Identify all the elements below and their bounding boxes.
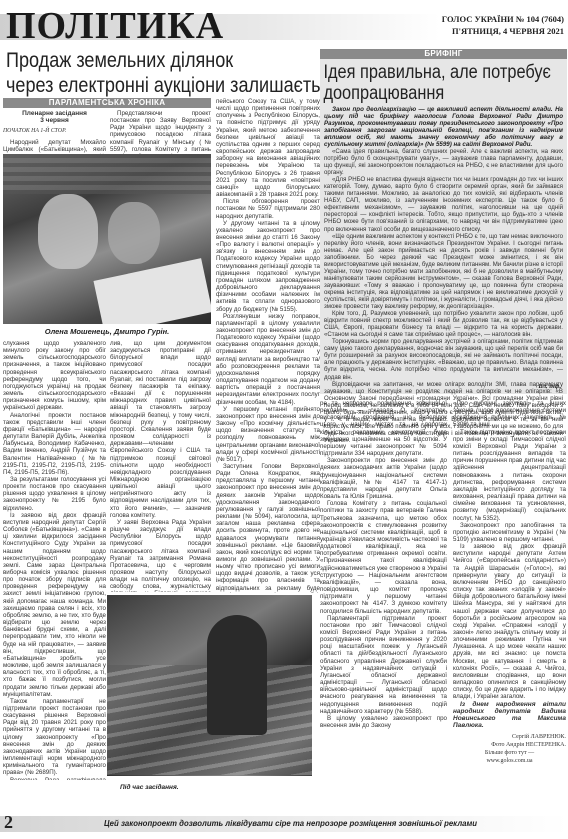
masthead: ГОЛОС УКРАЇНИ № 104 (7604) П'ЯТНИЦЯ, 4 Ч… — [442, 13, 564, 37]
footer-tagline: Цей законопроект дозволить ліквідувати с… — [104, 819, 477, 828]
website-link[interactable]: www.golos.com.ua — [453, 757, 566, 765]
paragraph: слухання щодо ухваленого минулого року з… — [3, 340, 106, 412]
briefing-title: Ідея правильна, але потребує доопрацюван… — [320, 59, 532, 104]
continued-from: ПОЧАТОК НА 1-Й СТОР. — [3, 128, 106, 135]
paragraph: У другому читанні та в цілому ухвалено з… — [216, 220, 320, 313]
paragraph: Заступник Голови Верховної Ради Олена Ко… — [216, 463, 320, 593]
article-credits: Сергій ЛАВРЕНЮК. Фото Андрія НЕСТЕРЕНКА.… — [453, 733, 566, 765]
briefing-signature: Вл. інф. — [538, 383, 561, 390]
paragraph: Законопроект про запобігання та протидію… — [453, 522, 566, 543]
paragraph: Крім того, Д. Разумков упевнений, що пот… — [324, 310, 563, 338]
column-2: лив, що цим документом засуджуються прот… — [110, 340, 211, 592]
paragraph: Торкнувшись норми про декларування зустр… — [324, 338, 563, 380]
paragraph: пейського Союзу та США, у тому числі щод… — [216, 98, 320, 198]
paragraph: Голова Комітету з питань соціальної полі… — [320, 500, 447, 615]
paragraph: У першому читанні прийнято законопроект … — [216, 406, 320, 463]
paragraph: «Для РНБО не властива функція віднести т… — [324, 176, 563, 232]
page-number: 2 — [4, 812, 13, 833]
paragraph: Розглянувши низку поправок, парламентарі… — [216, 313, 320, 406]
column-5: «Про публічні закупівлі» та інших законі… — [453, 400, 566, 812]
section-label-briefing: БРИФІНГ — [320, 49, 567, 59]
paragraph: Верховна Рада ратифікувала Угоду (у форм… — [3, 777, 106, 780]
section-rubric: ПОЛІТИКА — [6, 4, 224, 48]
paragraph: ре та непрозоре розміщення зовнішньої ре… — [320, 400, 447, 457]
paragraph: «Сама ідея правильна, багато слушних реч… — [324, 148, 563, 176]
paragraph: Законопроекти про внесення змін до деяки… — [320, 457, 447, 500]
paragraph: За результатами голосування усі проекти … — [3, 476, 106, 512]
photo-caption: Під час засідання. — [120, 784, 179, 791]
session-subhead: Пленарне засідання 3 червня — [3, 110, 106, 124]
column-3: пейського Союзу та США, у тому числі щод… — [216, 98, 320, 593]
photo-deputies — [3, 154, 211, 324]
author-name: Сергій ЛАВРЕНЮК. — [453, 733, 566, 741]
paragraph: Із заявою від двох фракцій виступили нар… — [453, 543, 566, 700]
paragraph: В цілому ухвалено законопроект про внесе… — [320, 715, 447, 729]
paragraph: Із заявою від двох фракцій виступив наро… — [3, 512, 106, 698]
photo-session — [107, 595, 312, 776]
paragraph: Також парламентарії не підтримали проект… — [3, 698, 106, 777]
paragraph: Після обговорення проект постанови № 559… — [216, 198, 320, 219]
paragraph: У заяві Верховна Рада України рішуче зас… — [110, 519, 211, 592]
briefing-lead: Закон про деолігархізацію — це важливий … — [320, 104, 567, 148]
section-label-chronicle: ПАРЛАМЕНТСЬКА ХРОНІКА — [3, 98, 211, 108]
paragraph: Також підтримано проект постанови про зм… — [453, 429, 566, 522]
paragraph: «Про публічні закупівлі» та інших законі… — [453, 400, 566, 429]
birthday-greeting: Із днем народження вітали народних депут… — [453, 701, 566, 730]
briefing-box: БРИФІНГ Ідея правильна, але потребує доо… — [320, 49, 567, 394]
column-4: ре та непрозоре розміщення зовнішньої ре… — [320, 400, 447, 810]
main-headline: Продаж земельних ділянок через електронн… — [6, 48, 279, 98]
column-1: слухання щодо ухваленого минулого року з… — [3, 340, 106, 780]
paragraph: «Ще одним важливим аспектом у контексті … — [324, 233, 563, 311]
issue-date: П'ЯТНИЦЯ, 4 ЧЕРВНЯ 2021 — [442, 25, 564, 37]
paragraph: Аналогічні проекти постанов також предст… — [3, 412, 106, 476]
more-photos-note: Більше фото тут — — [453, 749, 566, 757]
newspaper-issue: ГОЛОС УКРАЇНИ № 104 (7604) — [442, 13, 564, 25]
paragraph: лив, що цим документом засуджуються прот… — [110, 340, 211, 519]
photo-credit: Фото Андрія НЕСТЕРЕНКА. — [453, 741, 566, 749]
photo-caption: Олена Мошенець, Дмитро Гурін. — [3, 327, 211, 336]
paragraph: Парламентарії підтримали проект постанов… — [320, 615, 447, 715]
